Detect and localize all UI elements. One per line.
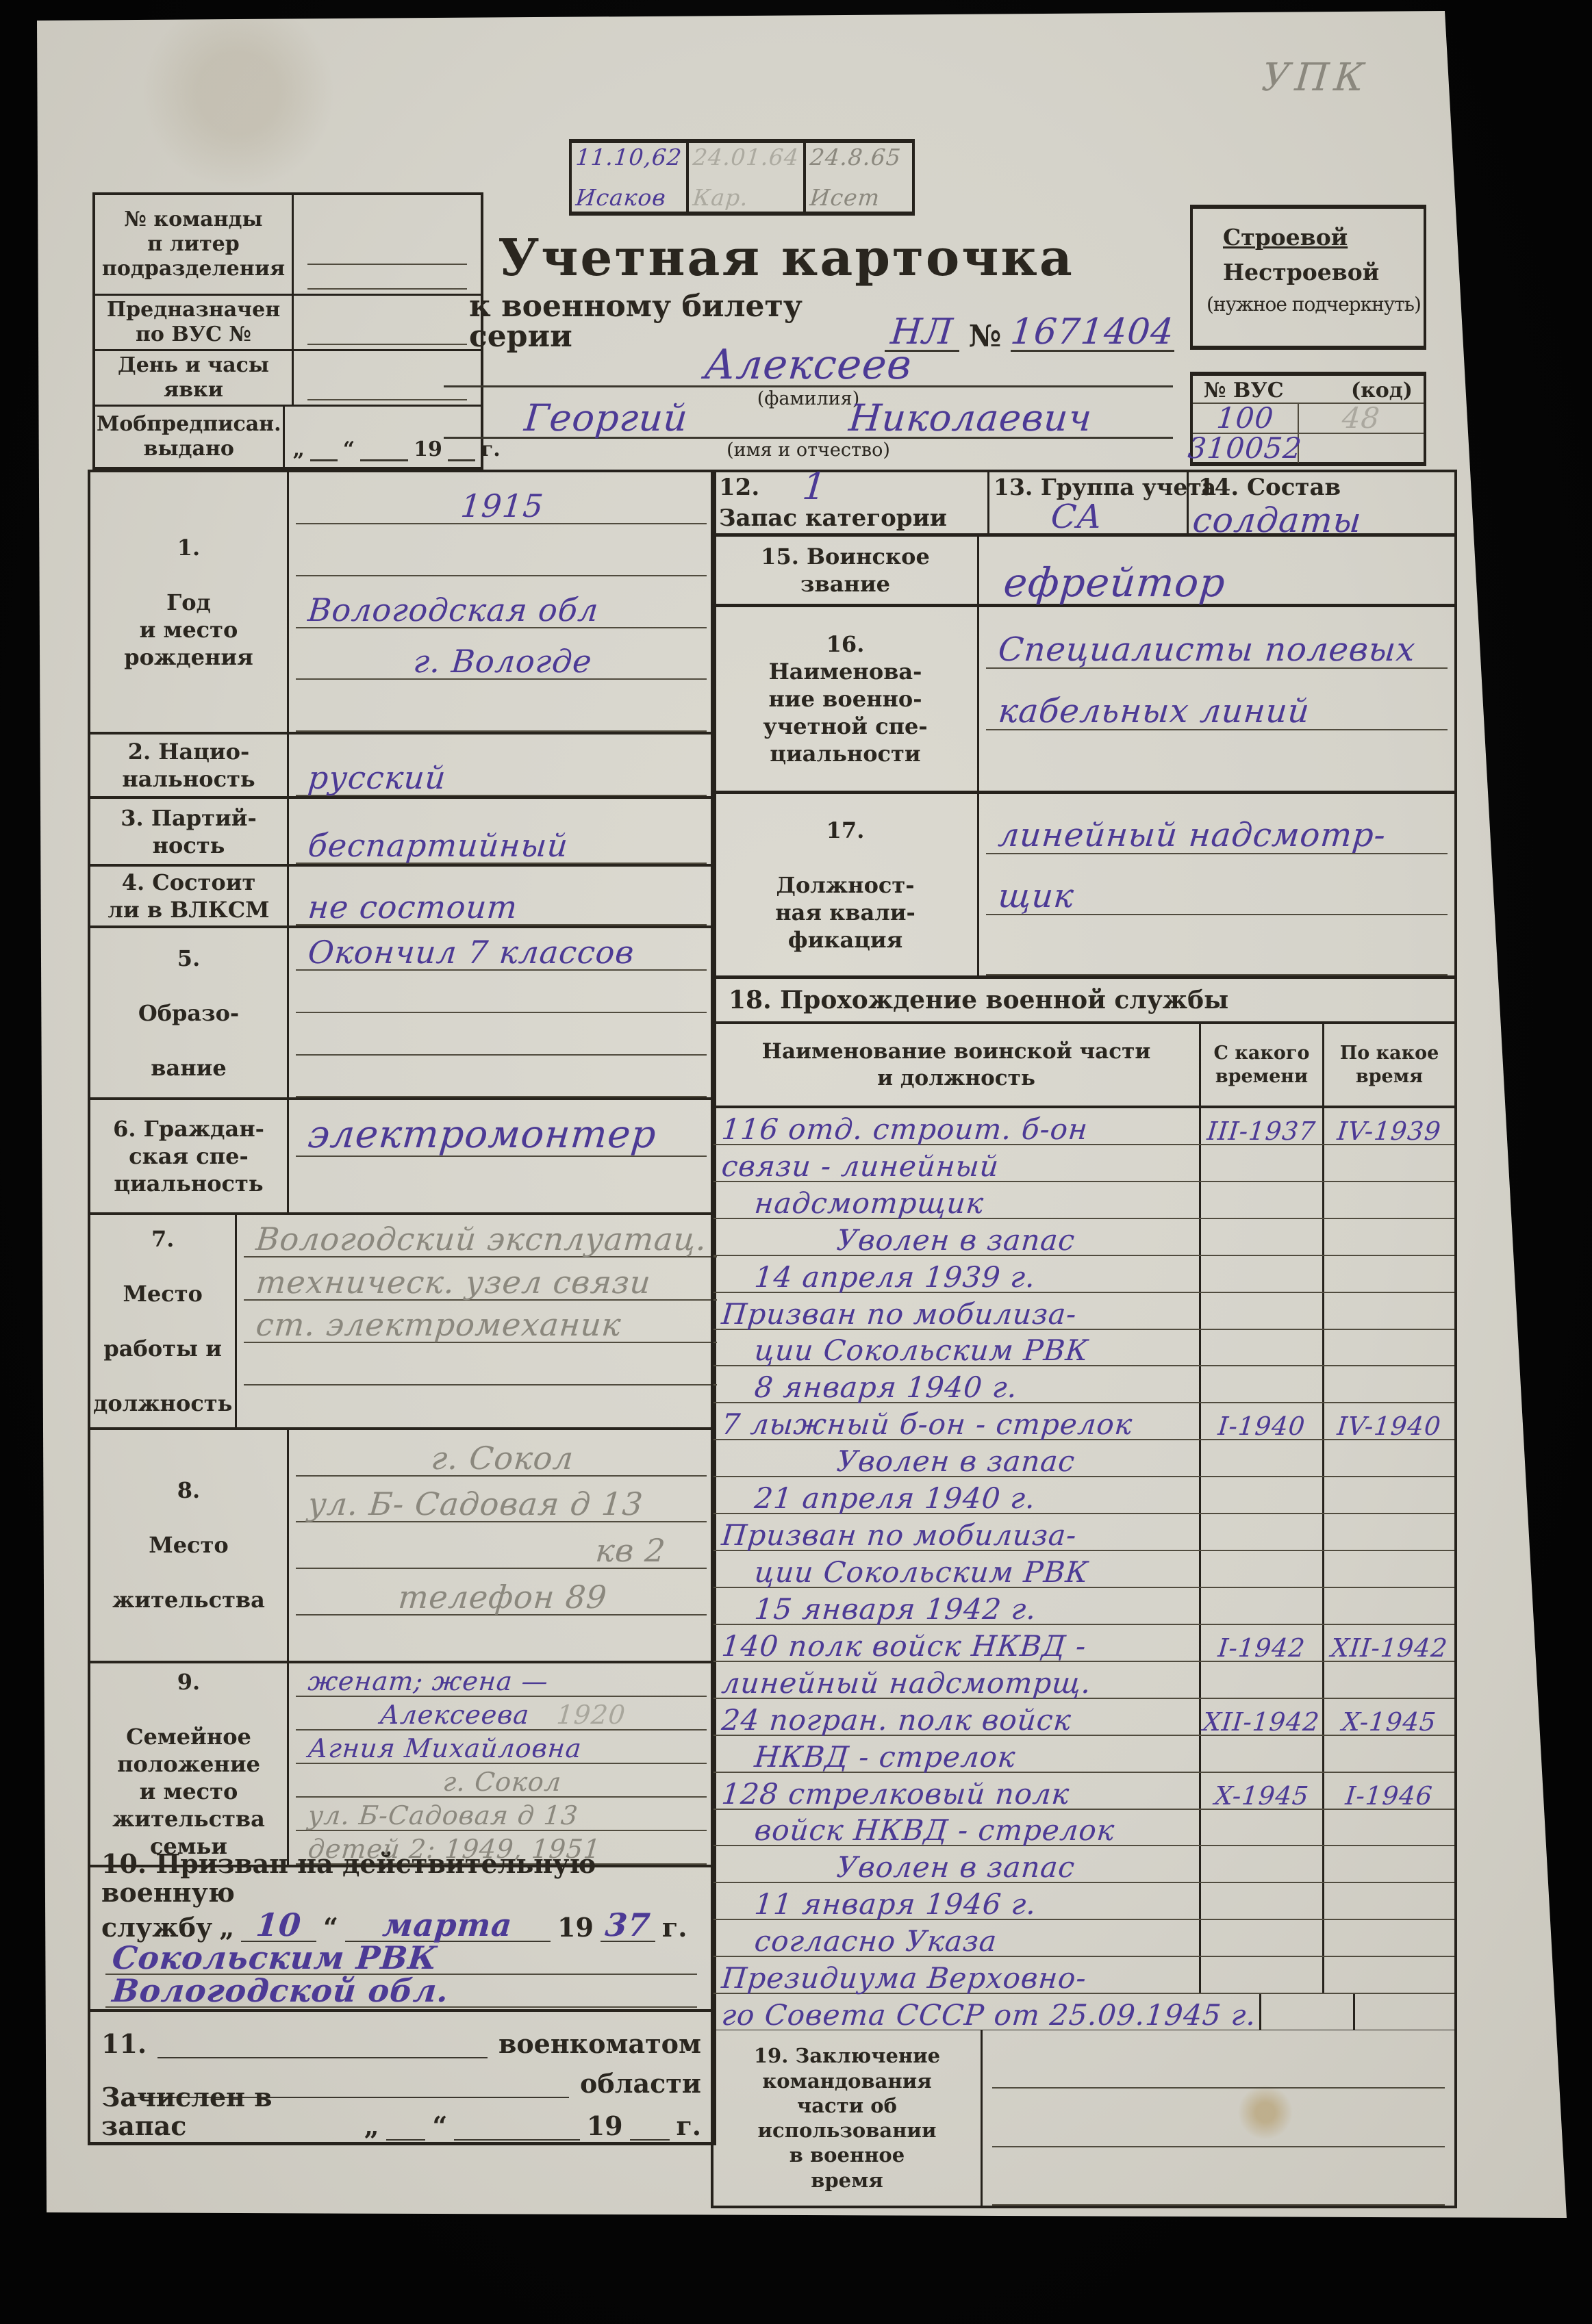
- service-unit-entry: 8 января 1940 г.: [753, 1373, 1019, 1402]
- service-row: связи - линейный: [713, 1145, 1454, 1182]
- stroevoi-box: Строевой Нестроевой (нужное подчеркнуть): [1190, 205, 1426, 350]
- vus-value: 100: [1215, 404, 1275, 433]
- composition-value: солдаты: [1191, 503, 1363, 537]
- drafted-org-line: Сокольским РВК: [105, 1942, 697, 1975]
- field-family: 9. Семейное положение и место жительства…: [90, 1663, 713, 1867]
- service-row: Призван по мобилиза-: [713, 1514, 1454, 1551]
- value-line: Алексеева1920: [296, 1697, 707, 1731]
- value-line: кабельных линий: [986, 669, 1448, 730]
- handwritten-entry: электромонтер: [307, 1116, 658, 1154]
- option-nestroevoi: Нестроевой: [1223, 255, 1424, 290]
- service-unit-entry: 11 января 1946 г.: [753, 1890, 1037, 1919]
- field-nationality-value: русский: [289, 735, 713, 796]
- quote-close: “: [432, 2112, 447, 2141]
- service-unit-entry: Уволен в запас: [835, 1447, 1076, 1476]
- value-line: [992, 2089, 1445, 2147]
- rank-value: ефрейтор: [1002, 563, 1456, 602]
- value-line: не состоит: [296, 867, 707, 925]
- service-from-date: III-1937: [1206, 1119, 1317, 1144]
- service-row: 15 января 1942 г.: [713, 1588, 1454, 1625]
- service-unit-entry: Призван по мобилиза-: [720, 1300, 1078, 1329]
- field-nationality-label: 2. Нацио- нальность: [90, 735, 289, 796]
- value-line: [244, 1386, 716, 1427]
- field-number: 12.: [719, 474, 759, 501]
- handwritten-entry: телефон 89: [397, 1581, 609, 1613]
- value-line: Специалисты полевых: [986, 607, 1448, 669]
- drafted-year: 37: [604, 1909, 652, 1941]
- field-reserve-category: 12. 1 Запас категории: [713, 472, 989, 533]
- service-unit-entry: согласно Указа: [753, 1927, 998, 1956]
- reserve-category-label: Запас категории: [719, 505, 947, 532]
- value-line: [296, 680, 707, 732]
- mob-row-issued: Мобпредписан. выдано „ “ 19 г.: [95, 407, 481, 467]
- handwritten-entry: г. Сокол: [430, 1442, 575, 1474]
- mob-label: День и часы явки: [95, 351, 294, 405]
- service-row: ции Сокольским РВК: [713, 1330, 1454, 1367]
- field-residence-label: 8. Место жительства: [90, 1430, 289, 1661]
- service-to-date: X-1945: [1341, 1709, 1438, 1735]
- service-unit-entry: связи - линейный: [720, 1152, 1000, 1181]
- surname-value: Алексеев: [703, 344, 914, 385]
- conclusion-value: [983, 2030, 1454, 2206]
- stamp-signature: Кар.: [692, 186, 800, 209]
- field-residence: 8. Место жительства г. Соколул. Б- Садов…: [90, 1430, 713, 1663]
- service-unit-entry: 140 полк войск НКВД -: [720, 1632, 1087, 1661]
- left-fields-table: 1. Год и место рождения 1915Вологодская …: [88, 470, 716, 2145]
- service-row: Президиума Верховно-: [713, 1957, 1454, 1994]
- drafted-region: Вологодской обл.: [111, 1975, 450, 2006]
- value-line: Агния Михайловна: [296, 1731, 707, 1764]
- value-line: электромонтер: [296, 1100, 707, 1157]
- field-family-value: женат; жена —Алексеева1920Агния Михайлов…: [289, 1663, 713, 1865]
- position-qualification-label: 17. Должност- ная квали- фикация: [713, 794, 979, 975]
- service-from-date: I-1940: [1217, 1414, 1306, 1439]
- service-unit-entry: Уволен в запас: [835, 1853, 1076, 1882]
- first-name-value: Георгий: [522, 400, 689, 437]
- service-to-date: IV-1940: [1337, 1414, 1443, 1439]
- commissariat-line1: 11. военкоматом: [101, 2016, 701, 2058]
- service-unit-entry: Уволен в запас: [835, 1226, 1076, 1255]
- service-col-unit: Наименование воинской части и должность: [713, 1024, 1201, 1106]
- value-line: [296, 1616, 707, 1661]
- service-row: 8 января 1940 г.: [713, 1366, 1454, 1403]
- position-qualification-value: линейный надсмотр-щик: [979, 794, 1454, 975]
- value-line: Вологодский эксплуатац.: [244, 1215, 716, 1257]
- handwritten-entry: русский: [307, 762, 447, 793]
- stamp-signature: Исаков: [575, 186, 683, 209]
- field-workplace-value: Вологодский эксплуатац.техническ. узел с…: [237, 1215, 723, 1427]
- code-header: (код): [1351, 379, 1413, 403]
- service-unit-entry: 7 лыжный б-он - стрелок: [720, 1410, 1134, 1439]
- name-caption: (имя и отчество): [444, 439, 1173, 461]
- value-line: [296, 1013, 707, 1056]
- stamp-date: 24.01.64: [692, 146, 800, 168]
- page-title: Учетная карточка: [471, 229, 1101, 288]
- stamp-cell: 24.01.64 Кар.: [689, 143, 806, 212]
- service-table-header: Наименование воинской части и должность …: [713, 1024, 1454, 1108]
- service-row: 14 апреля 1939 г.: [713, 1256, 1454, 1293]
- service-row: ции Сокольским РВК: [713, 1551, 1454, 1588]
- value-line: [296, 971, 707, 1013]
- service-row: 24 погран. полк войскXII-1942X-1945: [713, 1699, 1454, 1736]
- service-unit-entry: 24 погран. полк войск: [720, 1706, 1072, 1735]
- handwritten-entry: Специалисты полевых: [997, 633, 1417, 666]
- field-vlksm-value: не состоит: [289, 867, 713, 925]
- service-row: НКВД - стрелок: [713, 1736, 1454, 1773]
- option-stroevoi: Строевой: [1223, 220, 1424, 255]
- service-table-body: 116 отд. строит. б-онIII-1937IV-1939связ…: [713, 1108, 1454, 2030]
- rank-label: 15. Воинское звание: [713, 537, 979, 604]
- service-row: Уволен в запас: [713, 1846, 1454, 1883]
- vus-row: 310052: [1193, 433, 1424, 463]
- field-education-value: Окончил 7 классов: [289, 928, 713, 1097]
- drafted-month: марта: [381, 1909, 514, 1941]
- region-word: области: [580, 2069, 701, 2098]
- year-prefix: 19: [587, 2112, 623, 2141]
- service-row: Призван по мобилиза-: [713, 1293, 1454, 1330]
- stamp-cell: 11.10,62 Исаков: [572, 143, 689, 212]
- service-unit-entry: 128 стрелковый полк: [720, 1780, 1071, 1809]
- service-unit-entry: НКВД - стрелок: [753, 1743, 1017, 1772]
- field-civil-speciality-label: 6. Граждан- ская спе- циальность: [90, 1100, 289, 1212]
- handwritten-entry: техническ. узел связи: [255, 1266, 653, 1298]
- handwritten-entry: Вологодский эксплуатац.: [255, 1223, 708, 1255]
- field-nationality: 2. Нацио- нальность русский: [90, 735, 713, 799]
- conclusion-label: 19. Заключение командования части об исп…: [713, 2030, 983, 2206]
- service-unit-entry: ции Сокольским РВК: [753, 1336, 1089, 1365]
- service-row: Уволен в запас: [713, 1219, 1454, 1256]
- value-line: женат; жена —: [296, 1663, 707, 1697]
- field-birth-value: 1915Вологодская облг. Вологде: [289, 472, 713, 732]
- mob-row-vus: Предназначен по ВУС №: [95, 296, 481, 351]
- field-education-label: 5. Образо- вание: [90, 928, 289, 1097]
- service-col-to: По какое время: [1324, 1024, 1454, 1106]
- value-line: техническ. узел связи: [244, 1257, 716, 1300]
- value-line: Окончил 7 классов: [296, 928, 707, 971]
- value-line: [986, 915, 1448, 975]
- service-unit-entry: надсмотрщик: [753, 1189, 985, 1218]
- field-composition: 14. Состав солдаты: [1189, 472, 1454, 533]
- service-row: войск НКВД - стрелок: [713, 1810, 1454, 1847]
- field-account-group: 13. Группа учета СА: [989, 472, 1189, 533]
- handwritten-entry: ул. Б- Садовая д 13: [307, 1488, 644, 1520]
- date-stamp-box: 11.10,62 Исаков 24.01.64 Кар. 24.8.65 Ис…: [569, 139, 915, 216]
- vus-row: 100 48: [1193, 403, 1424, 433]
- quote-open: „: [293, 437, 305, 461]
- service-unit-entry: войск НКВД - стрелок: [753, 1816, 1116, 1845]
- row-12-13-14: 12. 1 Запас категории 13. Группа учета С…: [713, 472, 1454, 537]
- service-from-date: I-1942: [1217, 1635, 1306, 1661]
- drafted-org: Сокольским РВК: [111, 1942, 439, 1974]
- mobilization-box: № команды п литер подразделения Предназн…: [92, 192, 483, 470]
- field-family-label: 9. Семейное положение и место жительства…: [90, 1663, 289, 1865]
- stamp-date: 11.10,62: [575, 146, 683, 168]
- service-unit-entry: Президиума Верховно-: [720, 1964, 1087, 1993]
- stamp-date: 24.8.65: [809, 146, 909, 168]
- pencil-note: 1920: [555, 1702, 627, 1728]
- service-unit-entry: 116 отд. строит. б-он: [720, 1115, 1089, 1144]
- handwritten-entry: г. Вологде: [412, 646, 594, 677]
- handwritten-entry: беспартийный: [307, 830, 570, 861]
- service-row: го Совета СССР от 25.09.1945 г.: [713, 1994, 1454, 2030]
- handwritten-entry: Окончил 7 классов: [307, 936, 635, 968]
- handwritten-entry: кв 2: [594, 1535, 667, 1566]
- handwritten-entry: Агния Михайловна: [307, 1735, 583, 1761]
- value-line: [992, 2030, 1445, 2089]
- field-military-speciality: 16. Наименова- ние военно- учетной спе- …: [713, 607, 1454, 794]
- drafted-word: службу: [101, 1913, 212, 1942]
- military-speciality-value: Специалисты полевыхкабельных линий: [979, 607, 1454, 791]
- reserve-line: Зачислен в запас „ “ 19 г.: [101, 2098, 701, 2141]
- service-to-date: I-1946: [1345, 1783, 1435, 1809]
- service-unit-entry: 15 января 1942 г.: [753, 1595, 1037, 1624]
- vus-code-box: № ВУС (код) 100 48 310052: [1190, 372, 1426, 466]
- value-line: [986, 730, 1448, 791]
- mob-label: Мобпредписан. выдано: [95, 407, 285, 467]
- patronymic-value: Николаевич: [848, 400, 1094, 437]
- value-line: беспартийный: [296, 799, 707, 864]
- reserve-category-value: 1: [801, 468, 829, 505]
- value-line: щик: [986, 854, 1448, 915]
- underline-note: (нужное подчеркнуть): [1206, 290, 1424, 319]
- account-group-label: 13. Группа учета: [994, 474, 1216, 500]
- field-vlksm-label: 4. Состоит ли в ВЛКСМ: [90, 867, 289, 925]
- handwritten-entry: кабельных линий: [997, 695, 1311, 728]
- field-drafted: 10. Призван на действительную военную сл…: [90, 1867, 713, 2012]
- value-line: г. Сокол: [296, 1430, 707, 1477]
- value-line: кв 2: [296, 1522, 707, 1569]
- surname-line: Алексеев: [444, 322, 1173, 387]
- field-number: 11.: [101, 2030, 147, 2058]
- drafted-line1: 10. Призван на действительную военную: [101, 1872, 701, 1907]
- service-unit-entry: 21 апреля 1940 г.: [753, 1484, 1037, 1513]
- handwritten-entry: щик: [997, 880, 1076, 912]
- service-row: 21 апреля 1940 г.: [713, 1477, 1454, 1514]
- handwritten-entry: не состоит: [307, 891, 519, 923]
- field-civil-speciality-value: электромонтер: [289, 1100, 713, 1212]
- service-unit-entry: го Совета СССР от 25.09.1945 г.: [720, 2001, 1257, 2030]
- service-row: 128 стрелковый полкX-1945I-1946: [713, 1773, 1454, 1810]
- value-line: [244, 1343, 716, 1386]
- service-section-title: 18. Прохождение военной службы: [713, 979, 1454, 1024]
- value-line: г. Вологде: [296, 628, 707, 680]
- vus-header: № ВУС: [1204, 379, 1284, 403]
- value-line: Вологодская обл: [296, 576, 707, 628]
- value-line: русский: [296, 735, 707, 796]
- value-line: ул. Б- Садовая д 13: [296, 1477, 707, 1523]
- mob-row-day: День и часы явки: [95, 351, 481, 407]
- service-row: 116 отд. строит. б-онIII-1937IV-1939: [713, 1108, 1454, 1145]
- service-unit-entry: ции Сокольским РВК: [753, 1558, 1089, 1587]
- service-row: 140 полк войск НКВД -I-1942XII-1942: [713, 1625, 1454, 1662]
- value-line: [296, 1157, 707, 1212]
- field-commissariat: 11. военкоматом области Зачислен в запас…: [90, 2012, 713, 2142]
- code-value: 48: [1341, 404, 1381, 433]
- value-line: 1915: [296, 472, 707, 524]
- mob-label: Предназначен по ВУС №: [95, 296, 294, 349]
- composition-label: 14. Состав: [1198, 474, 1341, 501]
- field-party: 3. Партий- ность беспартийный: [90, 799, 713, 867]
- value-line: линейный надсмотр-: [986, 794, 1448, 854]
- handwritten-entry: ул. Б-Садовая д 13: [307, 1802, 579, 1828]
- field-workplace-label: 7. Место работы и должность: [90, 1215, 237, 1427]
- stamp-cell: 24.8.65 Исет: [806, 143, 912, 212]
- year-prefix: 19: [414, 437, 442, 461]
- drafted-day: 10: [255, 1909, 303, 1941]
- quote-open: „: [219, 1913, 234, 1942]
- field-residence-value: г. Соколул. Б- Садовая д 13кв 2телефон 8…: [289, 1430, 713, 1661]
- field-education: 5. Образо- вание Окончил 7 классов: [90, 928, 713, 1100]
- service-from-date: X-1945: [1213, 1783, 1310, 1809]
- handwritten-entry: женат; жена —: [307, 1668, 549, 1694]
- quote-open: „: [364, 2112, 379, 2141]
- right-fields-table: 12. 1 Запас категории 13. Группа учета С…: [711, 470, 1457, 2208]
- service-unit-entry: линейный надсмотрщ.: [720, 1669, 1092, 1698]
- value-line: ст. электромеханик: [244, 1301, 716, 1343]
- service-row: 11 января 1946 г.: [713, 1883, 1454, 1920]
- field-birth: 1. Год и место рождения 1915Вологодская …: [90, 472, 713, 735]
- photo-background: УПК 11.10,62 Исаков 24.01.64 Кар. 24.8.6…: [0, 0, 1592, 2324]
- service-to-date: IV-1939: [1337, 1119, 1443, 1144]
- service-row: 7 лыжный б-он - стрелокI-1940IV-1940: [713, 1403, 1454, 1440]
- service-from-date: XII-1942: [1202, 1709, 1321, 1735]
- card-paper: УПК 11.10,62 Исаков 24.01.64 Кар. 24.8.6…: [33, 11, 1570, 2222]
- service-row: согласно Указа: [713, 1920, 1454, 1957]
- vus-value: 310052: [1187, 434, 1303, 463]
- service-row: Уволен в запас: [713, 1440, 1454, 1477]
- service-unit-entry: Призван по мобилиза-: [720, 1521, 1078, 1550]
- field-rank: 15. Воинское звание ефрейтор: [713, 537, 1454, 607]
- year-prefix: 19: [557, 1913, 594, 1942]
- value-line: [296, 1056, 707, 1098]
- service-to-date: XII-1942: [1330, 1635, 1448, 1661]
- field-party-value: беспартийный: [289, 799, 713, 864]
- value-line: г. Сокол: [296, 1764, 707, 1798]
- mob-row-command: № команды п литер подразделения: [95, 195, 481, 296]
- value-line: [992, 2147, 1445, 2206]
- drafted-region-line: Вологодской обл.: [105, 1975, 697, 2008]
- field-party-label: 3. Партий- ность: [90, 799, 289, 864]
- military-speciality-label: 16. Наименова- ние военно- учетной спе- …: [713, 607, 979, 791]
- mob-value: [294, 195, 481, 294]
- service-col-from: С какого времени: [1201, 1024, 1324, 1106]
- upk-pencil-note: УПК: [1261, 59, 1372, 97]
- quote-close: “: [323, 1913, 338, 1942]
- year-suffix: г.: [677, 2112, 702, 2141]
- account-group-value: СА: [1050, 500, 1104, 533]
- value-line: ул. Б-Садовая д 13: [296, 1798, 707, 1831]
- service-unit-entry: 14 апреля 1939 г.: [753, 1263, 1037, 1292]
- service-row: надсмотрщик: [713, 1182, 1454, 1219]
- field-vlksm: 4. Состоит ли в ВЛКСМ не состоит: [90, 867, 713, 928]
- value-line: телефон 89: [296, 1569, 707, 1616]
- handwritten-entry: линейный надсмотр-: [997, 819, 1387, 852]
- service-row: линейный надсмотрщ.: [713, 1662, 1454, 1699]
- year-suffix: г.: [662, 1913, 687, 1942]
- stamp-signature: Исет: [809, 186, 909, 209]
- quote-close: “: [343, 437, 355, 461]
- mob-label: № команды п литер подразделения: [95, 195, 294, 294]
- field-civil-speciality: 6. Граждан- ская спе- циальность электро…: [90, 1100, 713, 1215]
- drafted-line2: службу „ 10 “ марта 19 37 г.: [101, 1907, 701, 1942]
- handwritten-entry: ст. электромеханик: [255, 1309, 622, 1340]
- handwritten-entry: г. Сокол: [442, 1769, 563, 1795]
- field-conclusion: 19. Заключение командования части об исп…: [713, 2030, 1454, 2206]
- handwritten-entry: 1915: [459, 490, 545, 522]
- handwritten-entry: Алексеева: [379, 1702, 531, 1728]
- field-position-qualification: 17. Должност- ная квали- фикация линейны…: [713, 794, 1454, 979]
- handwritten-entry: Вологодская обл: [307, 594, 600, 626]
- field-workplace: 7. Место работы и должность Вологодский …: [90, 1215, 713, 1430]
- commissariat-word: военкоматом: [498, 2030, 701, 2058]
- enlist-label: Зачислен в запас: [101, 2083, 357, 2141]
- field-birth-label: 1. Год и место рождения: [90, 472, 289, 732]
- value-line: [296, 524, 707, 576]
- name-line: Георгий Николаевич: [444, 400, 1173, 439]
